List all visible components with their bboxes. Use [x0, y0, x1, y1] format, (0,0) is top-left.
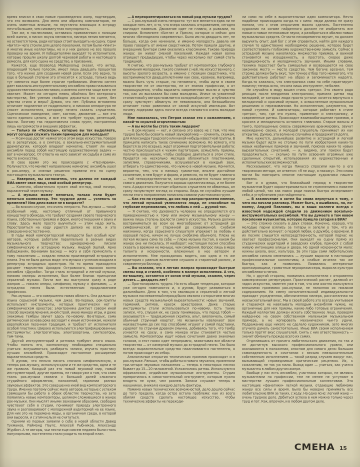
- article-paragraph: В годы моей композиторской молодости был…: [7, 234, 116, 295]
- article-paragraph: Я считаю, что рок-музыка требует от комп…: [123, 64, 235, 117]
- article-paragraph: Но, с другой стороны, появились исполнит…: [242, 274, 353, 339]
- article-paragraph: — В рок-музыке — нет, и связано это вовс…: [123, 128, 235, 197]
- article-paragraph: — Прогнозировать трудно. Но есть общие т…: [123, 282, 235, 355]
- article-paragraph: — Во всяком случае, это очень непросто. …: [7, 205, 116, 233]
- magazine-logo: СМЕНА: [294, 443, 335, 453]
- article-paragraph: Там же, в послесловии, оставаясь привяза…: [7, 31, 116, 63]
- article-paragraph: В свое время это же происходило с «Песня…: [7, 161, 116, 177]
- article-paragraph: Я думаю, что нельзя писать сначала симфо…: [7, 359, 116, 420]
- article-paragraph: Одними из первых заявили о себе в новой …: [7, 420, 116, 436]
- interview-question: Мне показалось, что Петров сказал это с …: [123, 116, 235, 124]
- interview-question: — Вы сказали, что в легких жанрах происх…: [123, 266, 235, 282]
- text-column-2: — А переориентироваться на новый род муз…: [123, 15, 235, 451]
- page-number: 15: [339, 446, 347, 452]
- article-paragraph: — Конечно, обязательно нужен свой взгляд…: [7, 185, 116, 193]
- interview-question: — В заключение я хотел бы снова вернутьс…: [242, 197, 353, 221]
- interview-question: — А музыка может меняться, только если б…: [7, 193, 116, 205]
- article-paragraph: Аналогичные открытия технических приемов…: [123, 355, 235, 387]
- text-column-2-content: — А переориентироваться на новый род муз…: [123, 15, 235, 404]
- text-column-1-content: время вписал в свои новые произведения ж…: [7, 15, 116, 436]
- article-paragraph: Другой инструментарий и ритмика требуют …: [7, 339, 116, 359]
- interview-question: — Как это ни странно, до сих пор распрос…: [123, 197, 235, 209]
- article-paragraph: Вообще у нас есть ансамбли, участники ко…: [242, 371, 353, 403]
- text-column-1: время вписал в свои новые произведения ж…: [7, 15, 116, 447]
- article-paragraph: Рок-музыка — это совершенно новая област…: [7, 294, 116, 339]
- article-paragraph: — Я считаю, что духовность человека не о…: [123, 209, 235, 266]
- interview-question: — Только ли «Песняры», которые вы так вы…: [7, 128, 116, 136]
- article-paragraph: ли сами по себе в выразительные идеи ком…: [242, 15, 353, 88]
- text-column-3-content: ли сами по себе в выразительные идеи ком…: [242, 15, 353, 404]
- article-paragraph: — Я сам еще достиг немногого в этом виде…: [7, 136, 116, 160]
- interview-question: — Наверное, вы согласитесь, что далеко н…: [7, 177, 116, 185]
- magazine-page-scan: время вписал в свои новые произведения ж…: [0, 0, 360, 467]
- article-paragraph: Мне кажется, дальнейшее развитие и эстра…: [242, 136, 353, 164]
- article-paragraph: Вот и я думаю, что ближайший период в тв…: [242, 181, 353, 197]
- article-paragraph: Отделившись от прочего любительского дви…: [242, 339, 353, 371]
- article-paragraph: — Это сложно сказать в двух словах. Коне…: [242, 221, 353, 274]
- article-paragraph: Кажется, еще Всеволод Мейерхольд сказал,…: [7, 64, 116, 129]
- magazine-footer: СМЕНА 15: [295, 442, 347, 453]
- article-paragraph: Рассказывают, что когда Пикассо спросили…: [242, 165, 353, 181]
- article-paragraph: Не случайно в моду вошел стиль «ретро». …: [242, 88, 353, 137]
- article-paragraph: Помимо новых технических возможностей, д…: [123, 387, 235, 403]
- text-column-3: ли сами по себе в выразительные идеи ком…: [242, 15, 353, 445]
- article-paragraph: время вписал в свои новые произведения ж…: [7, 15, 116, 31]
- article-paragraph: — С рок-музыкой очень непросто: тут все …: [123, 19, 235, 64]
